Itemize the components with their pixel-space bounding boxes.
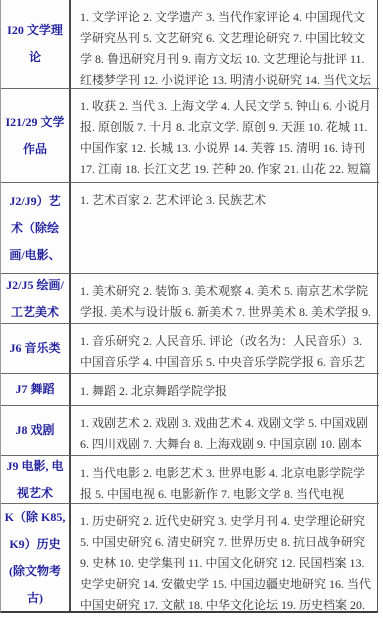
category-cell: J（除 J2/J9）艺术（除绘画/电影、电视艺术） xyxy=(1,182,71,273)
journals-cell: 1. 戏剧艺术 2. 戏剧 3. 戏曲艺术 4. 戏剧文学 5. 中国戏剧 6.… xyxy=(71,405,379,455)
journal-table: I20 文学理论 1. 文学评论 2. 文学遗产 3. 当代作家评论 4. 中国… xyxy=(0,0,378,613)
journals-cell: 1. 艺术百家 2. 艺术评论 3. 民族艺术 xyxy=(71,182,379,273)
category-cell: J2/J5 绘画/工艺美术 xyxy=(1,273,71,323)
journals-cell: 1. 文学评论 2. 文学遗产 3. 当代作家评论 4. 中国现代文学研究丛刊 … xyxy=(71,0,379,88)
category-cell: J6 音乐类 xyxy=(1,323,71,373)
category-cell: K（除 K85, K9）历史(除文物考古) xyxy=(1,503,71,611)
journals-cell: 1. 舞蹈 2. 北京舞蹈学院学报 xyxy=(71,373,379,405)
category-cell: I20 文学理论 xyxy=(1,0,71,88)
journals-cell: 1. 美术研究 2. 装饰 3. 美术观察 4. 美术 5. 南京艺术学院学报.… xyxy=(71,273,379,323)
category-cell: J9 电影, 电视艺术 xyxy=(1,455,71,503)
journals-cell: 1. 收获 2. 当代 3. 上海文学 4. 人民文学 5. 钟山 6. 小说月… xyxy=(71,88,379,182)
journal-category-table-page: I20 文学理论 1. 文学评论 2. 文学遗产 3. 当代作家评论 4. 中国… xyxy=(0,0,383,618)
category-cell: J8 戏剧 xyxy=(1,405,71,455)
category-cell: I21/29 文学作品 xyxy=(1,88,71,182)
journals-cell: 1. 音乐研究 2. 人民音乐. 评论（改名为：人民音乐）3. 中国音乐学 4.… xyxy=(71,323,379,373)
journals-cell: 1. 当代电影 2. 电影艺术 3. 世界电影 4. 北京电影学院学报 5. 中… xyxy=(71,455,379,503)
journals-cell: 1. 历史研究 2. 近代史研究 3. 史学月刊 4. 史学理论研究 5. 中国… xyxy=(71,503,379,611)
category-cell: J7 舞蹈 xyxy=(1,373,71,405)
